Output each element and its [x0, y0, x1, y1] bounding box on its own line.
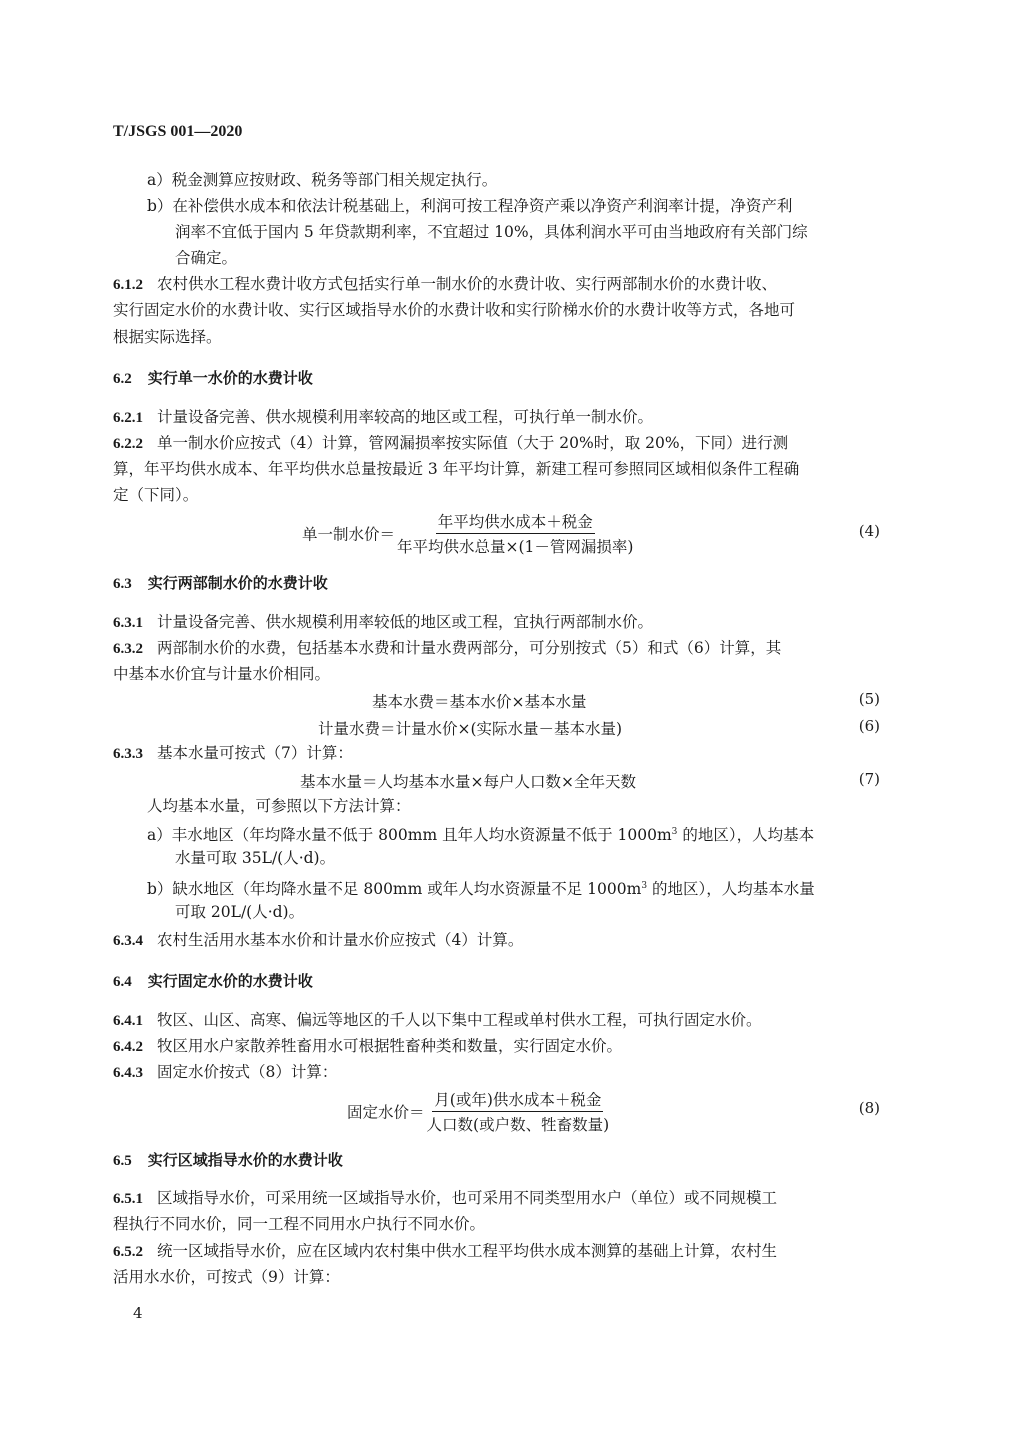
equation-7: 基本水量＝人均基本水量×每户人口数×全年天数: [300, 770, 636, 792]
list-item-tax: a）税金测算应按财政、税务等部门相关规定执行。: [147, 170, 497, 190]
clause-number: 6.4.2: [113, 1039, 143, 1055]
equation-lhs: 固定水价＝: [347, 1104, 425, 1122]
fraction: 年平均供水成本＋税金年平均供水总量×(1－管网漏损率): [395, 510, 635, 557]
clause-number: 6.1.2: [113, 277, 143, 293]
clause-number: 6.2.2: [113, 436, 143, 452]
section-heading-6-5: 6.5实行区域指导水价的水费计收: [113, 1150, 343, 1171]
clause-text: 农村供水工程水费计收方式包括实行单一制水价的水费计收、实行两部制水价的水费计收、: [157, 275, 777, 293]
clause-text: 统一区域指导水价，应在区域内农村集中供水工程平均供水成本测算的基础上计算，农村生: [157, 1242, 777, 1260]
section-number: 6.5: [113, 1153, 132, 1169]
denominator: 年平均供水总量×(1－管网漏损率): [395, 534, 635, 557]
clause-6-5-1: 6.5.1区域指导水价，可采用统一区域指导水价，也可采用不同类型用水户（单位）或…: [113, 1188, 777, 1209]
clause-text-line: 中基本水价宜与计量水价相同。: [113, 664, 330, 684]
equation-number: (5): [859, 690, 880, 708]
section-title: 实行固定水价的水费计收: [148, 972, 313, 990]
equation-number: (6): [859, 717, 880, 735]
clause-6-3-4: 6.3.4农村生活用水基本水价和计量水价应按式（4）计算。: [113, 930, 523, 951]
equation-lhs: 单一制水价＝: [302, 526, 395, 544]
equation-8: 固定水价＝月(或年)供水成本＋税金人口数(或户数、牲畜数量): [347, 1088, 611, 1135]
clause-number: 6.3.4: [113, 933, 143, 949]
clause-number: 6.2.1: [113, 410, 143, 426]
section-heading-6-2: 6.2实行单一水价的水费计收: [113, 368, 313, 389]
section-number: 6.3: [113, 576, 132, 592]
equation-number: (7): [859, 770, 880, 788]
clause-text-line: 根据实际选择。: [113, 327, 222, 347]
list-item-profit-line3: 合确定。: [175, 248, 237, 268]
clause-number: 6.5.2: [113, 1244, 143, 1260]
list-item-profit-line2: 润率不宜低于国内 5 年贷款期利率，不宜超过 10%，具体利润水平可由当地政府有…: [175, 222, 808, 242]
clause-6-2-2: 6.2.2单一制水价应按式（4）计算，管网漏损率按实际值（大于 20%时，取 2…: [113, 433, 788, 454]
numerator: 年平均供水成本＋税金: [436, 510, 595, 534]
fraction: 月(或年)供水成本＋税金人口数(或户数、牲畜数量): [425, 1088, 612, 1135]
section-title: 实行两部制水价的水费计收: [148, 574, 328, 592]
clause-number: 6.4.1: [113, 1013, 143, 1029]
clause-6-3-1: 6.3.1计量设备完善、供水规模利用率较低的地区或工程，宜执行两部制水价。: [113, 612, 653, 633]
list-item-text-line: 水量可取 35L/(人·d)。: [175, 848, 335, 868]
clause-text-line: 定（下同）。: [113, 485, 198, 505]
clause-text: 单一制水价应按式（4）计算，管网漏损率按实际值（大于 20%时，取 20%，下同…: [157, 434, 788, 452]
clause-number: 6.3.3: [113, 746, 143, 762]
section-heading-6-4: 6.4实行固定水价的水费计收: [113, 971, 313, 992]
clause-6-2-1: 6.2.1计量设备完善、供水规模利用率较高的地区或工程，可执行单一制水价。: [113, 407, 653, 428]
equation-6: 计量水费＝计量水价×(实际水量－基本水量): [318, 717, 622, 739]
clause-6-4-1: 6.4.1牧区、山区、高寒、偏远等地区的千人以下集中工程或单村供水工程，可执行固…: [113, 1010, 762, 1031]
page-number: 4: [133, 1304, 143, 1322]
clause-number: 6.4.3: [113, 1065, 143, 1081]
clause-text-line: 程执行不同水价，同一工程不同用水户执行不同水价。: [113, 1214, 485, 1234]
clause-number: 6.3.1: [113, 615, 143, 631]
clause-6-4-3: 6.4.3固定水价按式（8）计算：: [113, 1062, 337, 1083]
paragraph-per-capita: 人均基本水量，可参照以下方法计算：: [147, 796, 411, 816]
clause-6-3-3: 6.3.3基本水量可按式（7）计算：: [113, 743, 353, 764]
clause-number: 6.5.1: [113, 1191, 143, 1207]
clause-6-3-2: 6.3.2两部制水价的水费，包括基本水费和计量水费两部分，可分别按式（5）和式（…: [113, 638, 781, 659]
section-title: 实行区域指导水价的水费计收: [148, 1151, 343, 1169]
clause-6-4-2: 6.4.2牧区用水户家散养牲畜用水可根据牲畜种类和数量，实行固定水价。: [113, 1036, 622, 1057]
equation-number: (4): [859, 522, 880, 540]
clause-text: 区域指导水价，可采用统一区域指导水价，也可采用不同类型用水户（单位）或不同规模工: [157, 1189, 777, 1207]
section-number: 6.2: [113, 371, 132, 387]
item-text: a）丰水地区（年均降水量不低于 800mm 且年人均水资源量不低于 1000m: [147, 826, 672, 844]
denominator: 人口数(或户数、牲畜数量): [425, 1112, 612, 1135]
item-text: b）缺水地区（年均降水量不足 800mm 或年人均水资源量不足 1000m: [147, 880, 641, 898]
list-item-short-region: b）缺水地区（年均降水量不足 800mm 或年人均水资源量不足 1000m3 的…: [147, 876, 815, 899]
clause-text: 农村生活用水基本水价和计量水价应按式（4）计算。: [157, 931, 523, 949]
list-item-profit-line1: b）在补偿供水成本和依法计税基础上，利润可按工程净资产乘以净资产利润率计提，净资…: [147, 196, 792, 216]
section-heading-6-3: 6.3实行两部制水价的水费计收: [113, 573, 328, 594]
equation-5: 基本水费＝基本水价×基本水量: [372, 690, 587, 712]
clause-number: 6.3.2: [113, 641, 143, 657]
list-item-text-line: 可取 20L/(人·d)。: [175, 902, 304, 922]
section-title: 实行单一水价的水费计收: [148, 369, 313, 387]
equation-4: 单一制水价＝年平均供水成本＋税金年平均供水总量×(1－管网漏损率): [302, 510, 635, 557]
list-item-rich-region: a）丰水地区（年均降水量不低于 800mm 且年人均水资源量不低于 1000m3…: [147, 822, 814, 845]
clause-text-line: 实行固定水价的水费计收、实行区域指导水价的水费计收和实行阶梯水价的水费计收等方式…: [113, 300, 795, 320]
clause-text: 两部制水价的水费，包括基本水费和计量水费两部分，可分别按式（5）和式（6）计算，…: [157, 639, 781, 657]
clause-text: 牧区用水户家散养牲畜用水可根据牲畜种类和数量，实行固定水价。: [157, 1037, 622, 1055]
section-number: 6.4: [113, 974, 132, 990]
document-code: T/JSGS 001—2020: [113, 123, 242, 141]
item-text: 的地区），人均基本: [677, 826, 814, 844]
clause-text: 计量设备完善、供水规模利用率较高的地区或工程，可执行单一制水价。: [157, 408, 653, 426]
numerator: 月(或年)供水成本＋税金: [432, 1088, 603, 1112]
clause-text-line: 活用水水价，可按式（9）计算：: [113, 1267, 340, 1287]
item-text: 的地区），人均基本水量: [647, 880, 815, 898]
clause-text: 牧区、山区、高寒、偏远等地区的千人以下集中工程或单村供水工程，可执行固定水价。: [157, 1011, 762, 1029]
clause-text: 固定水价按式（8）计算：: [157, 1063, 337, 1081]
clause-text-line: 算，年平均供水成本、年平均供水总量按最近 3 年平均计算，新建工程可参照同区域相…: [113, 459, 799, 479]
clause-6-1-2: 6.1.2农村供水工程水费计收方式包括实行单一制水价的水费计收、实行两部制水价的…: [113, 274, 777, 295]
clause-text: 计量设备完善、供水规模利用率较低的地区或工程，宜执行两部制水价。: [157, 613, 653, 631]
clause-text: 基本水量可按式（7）计算：: [157, 744, 353, 762]
equation-number: (8): [859, 1099, 880, 1117]
clause-6-5-2: 6.5.2统一区域指导水价，应在区域内农村集中供水工程平均供水成本测算的基础上计…: [113, 1241, 777, 1262]
